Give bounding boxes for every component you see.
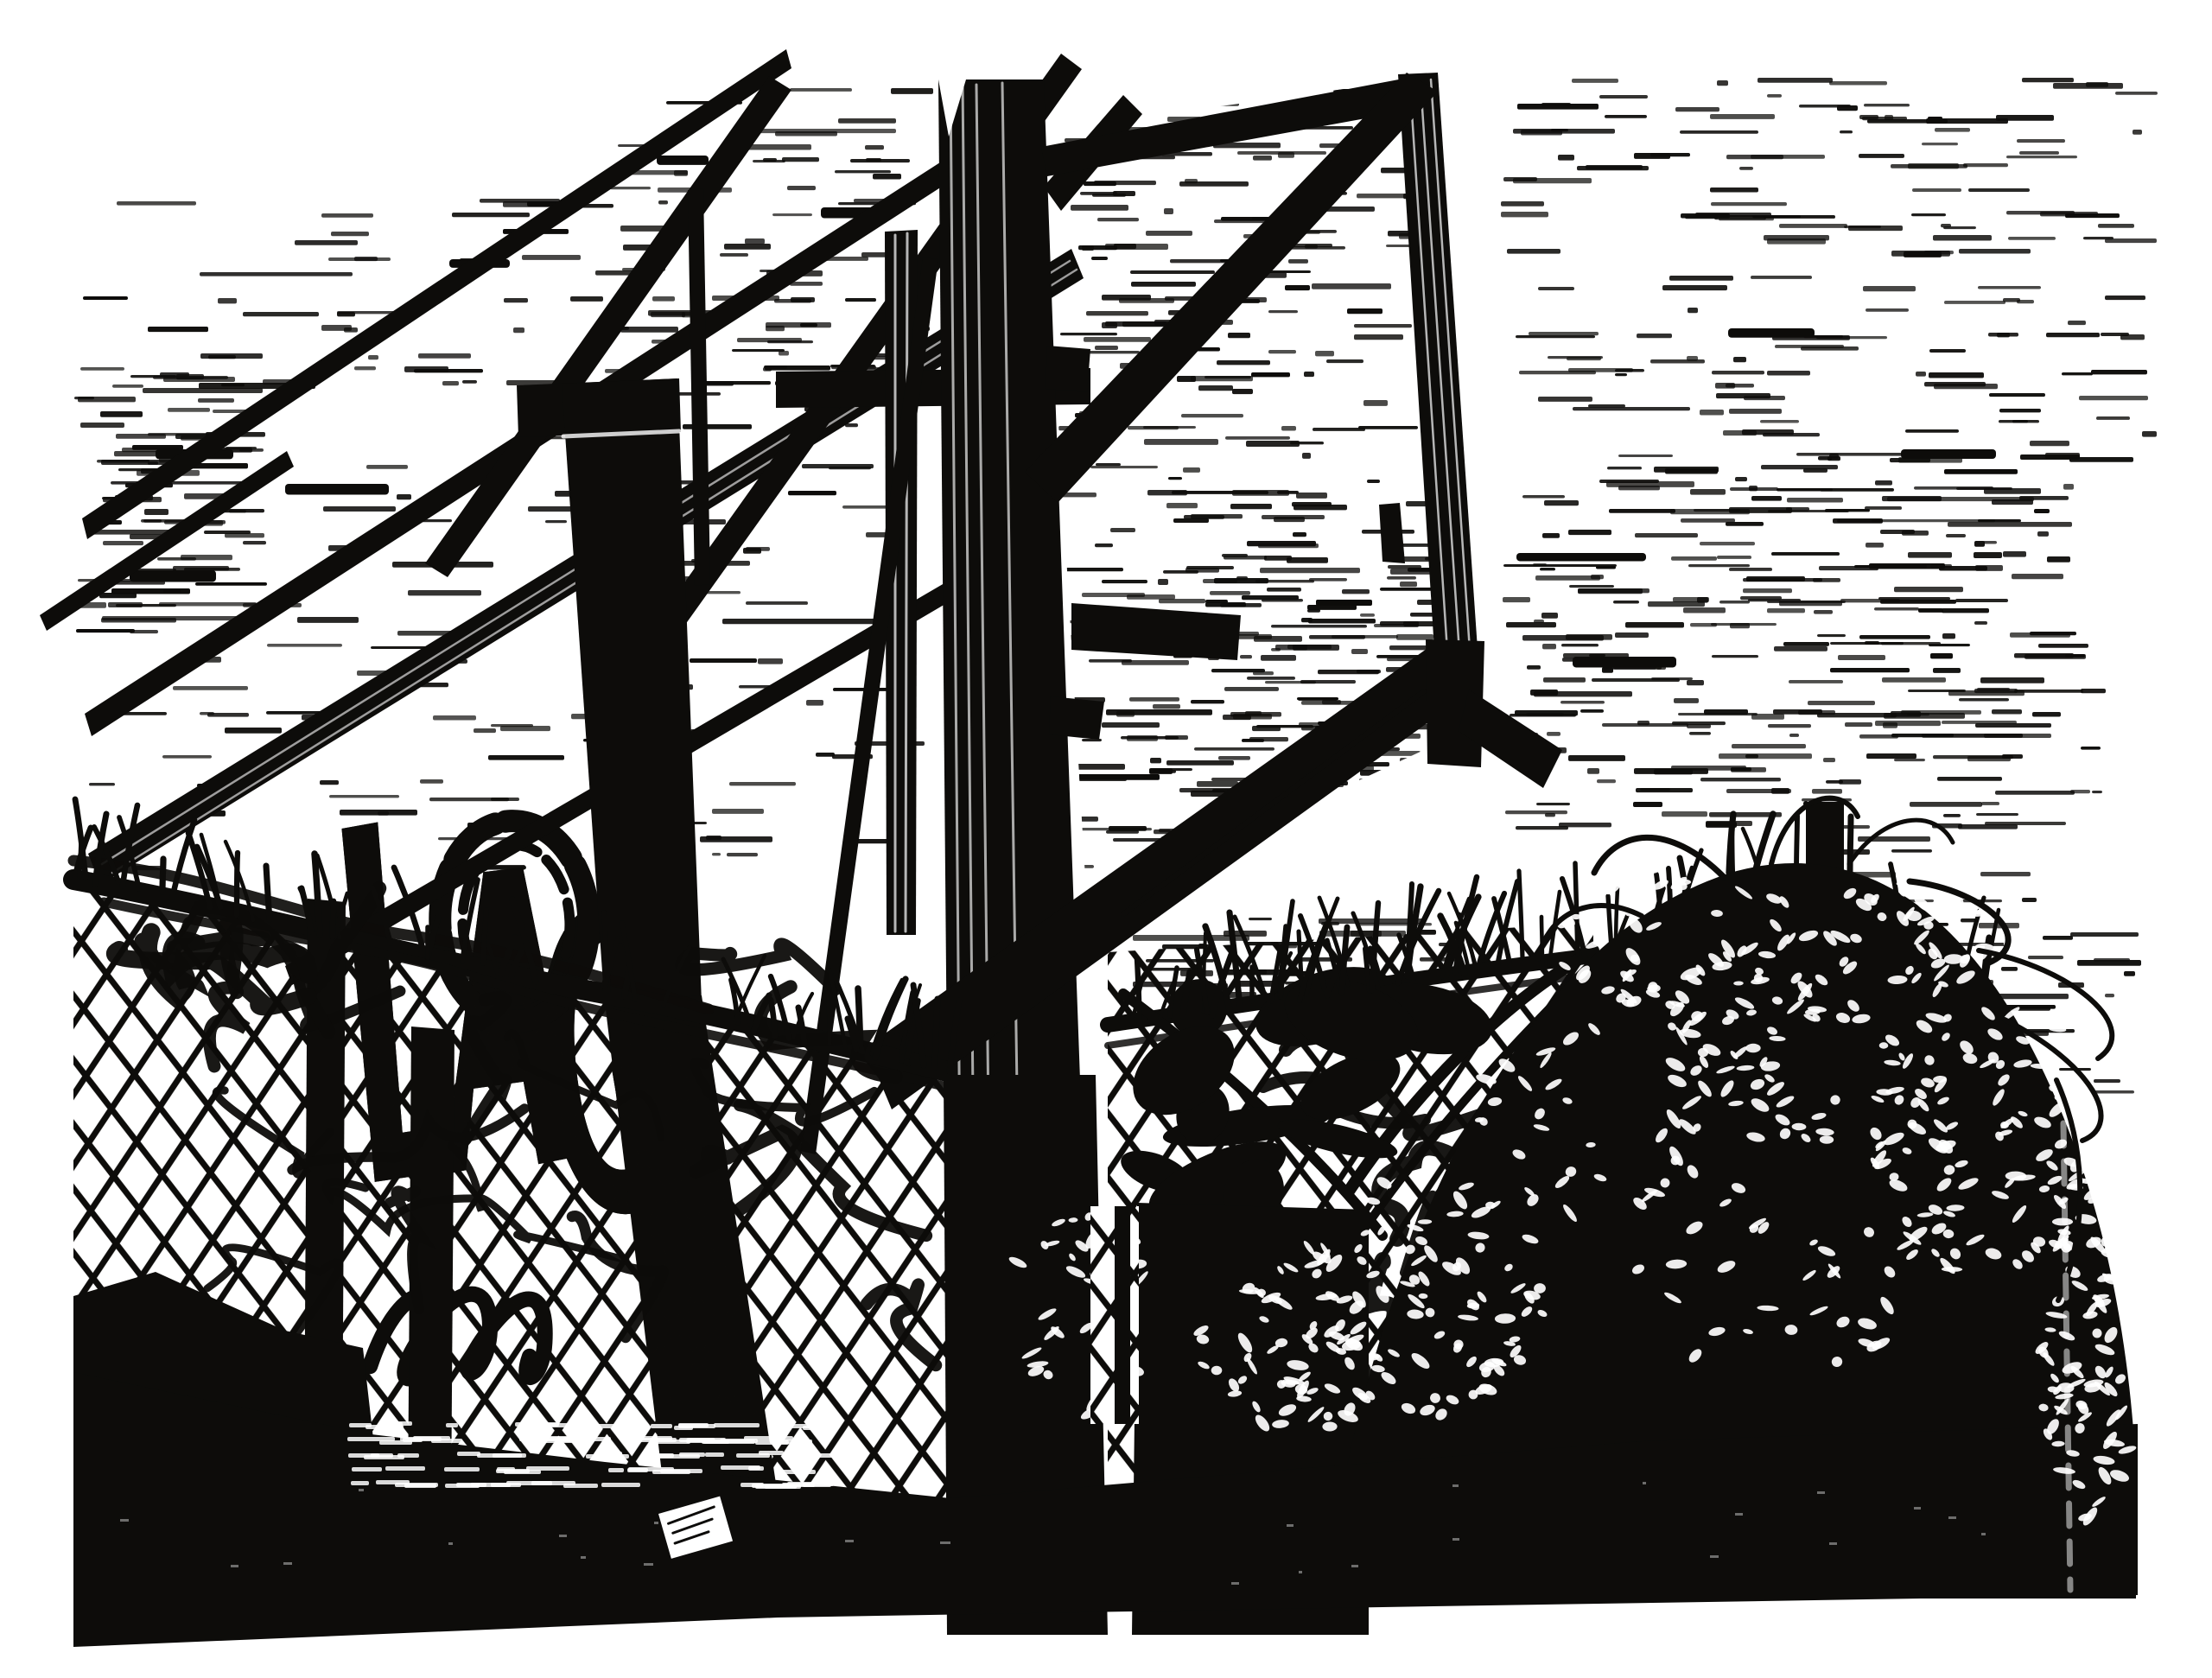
pavement-dash	[679, 1438, 715, 1442]
band-speck	[1231, 1582, 1239, 1585]
sky-speckle	[1636, 788, 1693, 792]
sky-speckle	[462, 380, 477, 384]
panel-scratch	[1225, 436, 1290, 440]
panel-scratch	[1247, 541, 1316, 546]
pavement-dash	[352, 1467, 382, 1471]
sky-speckle	[1723, 430, 1757, 435]
panel-scratch	[1322, 700, 1341, 704]
sky-speckle	[1506, 622, 1556, 627]
sky-speckle	[1929, 644, 1970, 646]
sky-speckle	[1771, 552, 1840, 556]
sky-speckle	[1687, 680, 1704, 685]
sky-speckle	[1865, 641, 1879, 645]
panel-scratch	[1246, 441, 1300, 447]
sky-speckle	[1946, 534, 1966, 537]
sky-speckle	[2124, 971, 2135, 976]
sky-speckle	[1937, 777, 2002, 781]
sky-speckle	[2002, 754, 2023, 759]
sky-speckle	[753, 160, 785, 162]
sky-speckle	[1767, 94, 1782, 98]
sky-speckle	[746, 601, 808, 605]
sky-speckle	[1527, 665, 1541, 670]
panel-scratch	[1092, 194, 1126, 197]
sky-speckle	[865, 145, 884, 149]
sky-speckle	[1764, 215, 1835, 219]
band-speck	[863, 1483, 871, 1485]
sky-speckle	[1922, 143, 1958, 145]
panel-scratch	[1102, 580, 1147, 583]
sky-speckle	[168, 408, 210, 412]
panel-scratch	[1096, 463, 1121, 466]
sky-speckle	[1910, 802, 1982, 807]
panel-scratch	[1253, 156, 1272, 161]
sky-speckle	[2062, 372, 2093, 375]
sprig	[828, 992, 829, 1044]
sky-speckle	[2017, 139, 2065, 143]
sky-speckle	[1568, 755, 1625, 761]
sprig	[1850, 817, 1851, 875]
panel-scratch	[1294, 505, 1347, 510]
sky-speckle	[1840, 130, 1853, 133]
sky-speckle	[2047, 556, 2070, 563]
panel-scratch	[1071, 205, 1128, 211]
panel-scratch	[1217, 360, 1270, 365]
sky-speckle	[1976, 813, 2018, 816]
sky-speckle	[1958, 824, 2018, 829]
sky-speckle	[2001, 967, 2018, 971]
sky-speckle	[1764, 235, 1829, 240]
pavement-dash	[752, 1484, 789, 1488]
sky-speckle	[366, 465, 408, 469]
sky-speckle	[1578, 588, 1643, 594]
panel-scratch	[1197, 781, 1238, 787]
sky-speckle	[163, 589, 181, 593]
sky-speckle	[1688, 308, 1698, 313]
sky-speckle	[1540, 568, 1555, 570]
pavement-dash	[651, 1424, 672, 1428]
sky-speckle	[658, 200, 668, 205]
sky-speckle	[1929, 372, 1984, 378]
panel-scratch	[1309, 635, 1365, 639]
sky-speckle	[1615, 373, 1627, 376]
panel-scratch	[1166, 760, 1234, 766]
panel-scratch	[1268, 350, 1296, 353]
pavement-dash	[404, 1484, 436, 1488]
sky-speckle	[1558, 155, 1574, 161]
sky-speckle	[1801, 346, 1859, 351]
panel-scratch	[1091, 257, 1108, 260]
sky-speckle	[1933, 668, 1961, 673]
sky-speckle	[1535, 575, 1600, 581]
sky-speckle	[1891, 849, 1932, 853]
mesh-window	[1090, 1206, 1139, 1424]
sky-speckle	[418, 353, 471, 359]
sky-speckle	[1589, 654, 1605, 657]
sky-speckle	[1609, 509, 1675, 513]
panel-scratch	[1153, 768, 1192, 771]
panel-scratch	[1205, 602, 1246, 607]
panel-scratch	[1153, 704, 1180, 709]
sky-speckle	[1975, 565, 2003, 571]
sky-speckle	[148, 327, 208, 332]
sky-speckle	[1959, 249, 2031, 254]
sky-speckle	[1944, 469, 2018, 474]
pavement-dash	[349, 1423, 372, 1427]
sky-speckle	[816, 753, 835, 757]
sky-speckle	[2032, 712, 2061, 717]
pavement-dash	[590, 1424, 626, 1428]
sky-smear	[1901, 449, 1996, 459]
sprig	[333, 901, 334, 937]
sky-speckle	[1883, 722, 1897, 728]
sky-speckle	[1984, 488, 2041, 494]
sky-speckle	[442, 381, 459, 385]
sky-speckle	[727, 853, 758, 856]
panel-scratch	[1296, 493, 1327, 499]
sky-smear	[1728, 328, 1815, 338]
sky-speckle	[2105, 296, 2145, 300]
sky-speckle	[2040, 212, 2098, 216]
sky-speckle	[1726, 384, 1754, 388]
panel-scratch	[1388, 565, 1421, 569]
sky-speckle	[173, 686, 248, 690]
panel-scratch	[1214, 219, 1268, 223]
panel-scratch	[1380, 588, 1437, 591]
sky-speckle	[1942, 608, 1989, 613]
sky-speckle	[1878, 597, 1950, 600]
leaf-speckle	[2093, 1329, 2102, 1338]
sky-speckle	[1751, 496, 1782, 501]
sky-speckle	[1977, 688, 2010, 690]
sky-speckle	[1591, 575, 1604, 579]
sky-speckle	[782, 157, 819, 162]
panel-scratch	[1285, 285, 1310, 290]
panel-scratch	[1307, 609, 1320, 613]
pavement-dash	[380, 1422, 403, 1427]
sky-speckle	[397, 494, 411, 499]
sky-smear	[1573, 657, 1676, 667]
sky-speckle	[1880, 600, 1956, 604]
sky-speckle	[368, 355, 378, 359]
sky-speckle	[1934, 384, 1998, 389]
sky-speckle	[1615, 632, 1649, 638]
panel-scratch	[1380, 621, 1419, 626]
sky-speckle	[1908, 163, 1959, 168]
sky-speckle	[1829, 81, 1887, 86]
sky-smear	[657, 156, 709, 165]
sky-speckle	[1825, 509, 1870, 512]
sky-speckle	[1933, 235, 1992, 241]
sky-speckle	[1930, 653, 1953, 658]
sky-speckle	[1735, 477, 1747, 481]
band-speck	[1643, 1482, 1646, 1484]
sky-speckle	[420, 779, 443, 784]
panel-scratch	[1158, 579, 1168, 585]
sky-speckle	[1763, 433, 1820, 436]
sky-speckle	[491, 798, 519, 801]
band-speck	[845, 1540, 854, 1542]
pavement-dash	[755, 1440, 789, 1445]
sky-speckle	[1569, 585, 1614, 588]
panel-scratch	[1210, 591, 1250, 595]
sprig	[237, 853, 238, 915]
sky-speckle	[331, 232, 369, 236]
sky-speckle	[1538, 397, 1592, 402]
panel-scratch	[1313, 428, 1365, 431]
sky-speckle	[491, 724, 533, 727]
sky-speckle	[2096, 416, 2130, 420]
sky-speckle	[522, 255, 581, 260]
panel-scratch	[1177, 376, 1196, 382]
sky-speckle	[1516, 335, 1595, 338]
sky-speckle	[1719, 753, 1812, 759]
sky-speckle	[1517, 104, 1599, 110]
panel-scratch	[1354, 334, 1403, 340]
sky-speckle	[198, 398, 234, 403]
pavement-dash	[347, 1437, 395, 1441]
panel-scratch	[1315, 351, 1334, 356]
pavement-dash	[571, 1423, 589, 1427]
sky-speckle	[2043, 936, 2073, 940]
pavement-dash	[705, 1452, 724, 1457]
pavement-dash	[657, 1454, 700, 1459]
band-speck	[1710, 1555, 1719, 1558]
pavement-dash	[780, 1424, 829, 1428]
sky-speckle	[1542, 533, 1560, 538]
sky-speckle	[1635, 533, 1698, 537]
panel-scratch	[1252, 726, 1281, 731]
panel-scratch	[1086, 311, 1148, 315]
sky-speckle	[1618, 454, 1673, 457]
sky-speckle	[842, 505, 892, 509]
sky-speckle	[195, 582, 267, 586]
sky-speckle	[2105, 994, 2114, 997]
panel-scratch	[1164, 208, 1173, 214]
panel-scratch	[1191, 376, 1253, 381]
sky-smear	[130, 570, 216, 582]
sky-speckle	[2086, 82, 2108, 87]
sky-speckle	[1681, 518, 1735, 523]
sky-speckle	[153, 376, 228, 379]
sky-speckle	[1837, 105, 1858, 111]
sky-speckle	[1866, 753, 1916, 759]
sky-speckle	[2077, 960, 2141, 966]
sky-speckle	[1918, 608, 1943, 613]
sky-speckle	[722, 619, 878, 624]
sprig	[79, 838, 81, 877]
sky-speckle	[1787, 498, 1843, 503]
sky-speckle	[1746, 576, 1805, 582]
sky-speckle	[1732, 744, 1806, 748]
panel-scratch	[1396, 634, 1433, 640]
sky-speckle	[1726, 155, 1783, 159]
sky-speckle	[2037, 531, 2049, 537]
sky-speckle	[790, 282, 823, 286]
sky-speckle	[433, 715, 476, 721]
sky-speckle	[891, 88, 933, 94]
sky-speckle	[1743, 588, 1792, 593]
sky-speckle	[2030, 632, 2076, 635]
panel-scratch	[1159, 599, 1205, 603]
sky-speckle	[1983, 541, 1997, 544]
band-speck	[1829, 1542, 1837, 1545]
sky-speckle	[1955, 599, 2008, 602]
pavement-dash	[563, 1484, 598, 1488]
sky-speckle	[766, 322, 831, 327]
sky-speckle	[1845, 722, 1872, 727]
sky-speckle	[218, 298, 237, 303]
sky-speckle	[1695, 213, 1771, 217]
sky-speckle	[1968, 188, 2030, 192]
panel-scratch	[1309, 578, 1347, 582]
panel-scratch	[1363, 400, 1388, 406]
sky-speckle	[2092, 791, 2102, 793]
sky-speckle	[873, 174, 901, 180]
panel-scratch	[1312, 283, 1391, 289]
sky-speckle	[1783, 642, 1829, 646]
sky-speckle	[1538, 287, 1574, 290]
sky-speckle	[1751, 276, 1812, 279]
sky-speckle	[712, 809, 764, 814]
sky-speckle	[1808, 701, 1875, 705]
sky-speckle	[1544, 500, 1579, 505]
panel-scratch	[1260, 568, 1360, 573]
panel-scratch	[1261, 655, 1296, 661]
sky-speckle	[690, 658, 757, 663]
sky-speckle	[1733, 357, 1746, 362]
sky-speckle	[1561, 644, 1599, 646]
sky-speckle	[1882, 677, 1946, 683]
sky-speckle	[1572, 79, 1618, 83]
sky-speckle	[1948, 522, 2072, 527]
sky-speckle	[116, 434, 166, 439]
sky-speckle	[720, 253, 748, 257]
sky-speckle	[1944, 301, 2005, 304]
panel-scratch	[1360, 613, 1375, 617]
sky-speckle	[2079, 396, 2148, 400]
pavement-dash	[444, 1467, 480, 1471]
sky-speckle	[1568, 530, 1611, 535]
sky-speckle	[157, 557, 196, 561]
sky-speckle	[321, 213, 373, 218]
sky-speckle	[1905, 429, 1959, 433]
sky-speckle	[1662, 285, 1727, 290]
sky-speckle	[806, 700, 823, 706]
sky-speckle	[1867, 119, 1948, 124]
sky-speckle	[775, 131, 837, 137]
sky-speckle	[2012, 574, 2063, 579]
panel-scratch	[1354, 324, 1412, 327]
pavement-dash	[506, 1481, 552, 1485]
sky-speckle	[1729, 568, 1772, 571]
sky-speckle	[1848, 226, 1903, 231]
band-speck	[581, 1556, 586, 1559]
sky-speckle	[1974, 552, 2002, 558]
sky-speckle	[1689, 732, 1711, 735]
sky-speckle	[103, 541, 143, 545]
sky-speckle	[1648, 601, 1705, 607]
sprig	[162, 859, 163, 892]
panel-scratch	[1102, 722, 1160, 728]
sky-speckle	[1634, 153, 1670, 159]
sky-speckle	[112, 385, 143, 388]
sky-speckle	[1863, 286, 1916, 291]
sky-speckle	[1731, 767, 1751, 772]
panel-scratch	[1119, 298, 1174, 303]
sky-speckle	[1637, 721, 1649, 725]
sky-speckle	[1930, 564, 1952, 568]
sky-speckle	[1984, 734, 2051, 738]
pavement-dash	[385, 1466, 425, 1471]
paper-sheet: black-and-white relief print (woodcut / …	[0, 0, 2212, 1678]
sky-speckle	[2120, 334, 2145, 340]
sky-speckle	[1637, 334, 1672, 338]
sky-speckle	[802, 464, 874, 468]
panel-scratch	[1224, 556, 1267, 560]
sky-speckle	[1510, 714, 1576, 717]
panel-scratch	[1094, 181, 1156, 185]
sky-speckle	[1999, 409, 2041, 412]
sky-smear	[1516, 553, 1646, 561]
sky-speckle	[1501, 212, 1548, 217]
sky-speckle	[1914, 486, 1993, 490]
sky-speckle	[1992, 709, 2022, 715]
sky-speckle	[80, 367, 124, 371]
sky-speckle	[1674, 698, 1699, 703]
sky-speckle	[1700, 542, 1755, 545]
sky-speckle	[74, 397, 94, 399]
pavement-dash	[530, 1423, 570, 1427]
panel-scratch	[1281, 426, 1296, 431]
sky-speckle	[2022, 898, 2037, 902]
panel-scratch	[1387, 576, 1416, 580]
sky-speckle	[1618, 486, 1660, 490]
band-speck	[1452, 1484, 1459, 1487]
sky-speckle	[1726, 789, 1791, 793]
sky-speckle	[1894, 587, 1963, 592]
sky-speckle	[1779, 601, 1842, 606]
panel-scratch	[1347, 308, 1382, 314]
sky-speckle	[1530, 690, 1558, 696]
sky-speckle	[1613, 601, 1639, 604]
sky-smear	[285, 484, 389, 495]
sky-speckle	[159, 602, 257, 607]
panel-scratch	[1144, 439, 1218, 445]
panel-scratch	[1367, 480, 1380, 483]
panel-scratch	[1316, 600, 1372, 606]
sprig	[483, 910, 486, 963]
panel-scratch	[1278, 152, 1294, 158]
sky-speckle	[706, 836, 721, 840]
panel-scratch	[1194, 747, 1274, 751]
sky-speckle	[1669, 276, 1733, 281]
sky-speckle	[1687, 724, 1711, 728]
sky-speckle	[732, 349, 785, 352]
panel-scratch	[1275, 645, 1307, 651]
sky-speckle	[1891, 734, 1954, 737]
pavement-dash	[674, 1426, 693, 1430]
panel-scratch	[1186, 566, 1234, 569]
panel-scratch	[1170, 259, 1229, 263]
sky-speckle	[1740, 596, 1782, 600]
sky-speckle	[225, 533, 264, 537]
sky-speckle	[1690, 489, 1726, 495]
sky-speckle	[2081, 747, 2101, 750]
sky-speckle	[1911, 213, 1946, 216]
sky-speckle	[2069, 457, 2133, 462]
sky-speckle	[1767, 371, 1810, 376]
sky-speckle	[1536, 803, 1570, 805]
